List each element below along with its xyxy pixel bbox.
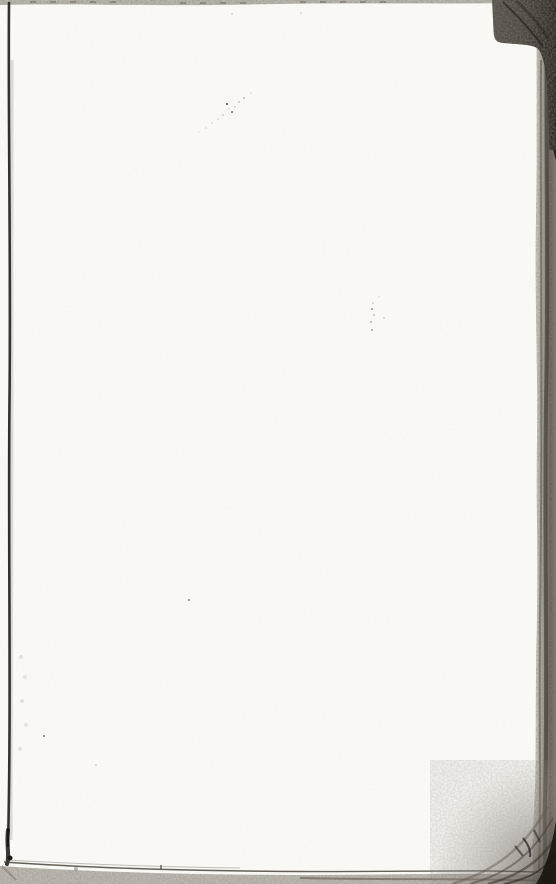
right-band-dark-streak	[545, 10, 547, 884]
scanned-blank-page	[0, 0, 556, 884]
left-edge-rule-line	[8, 3, 12, 846]
left-rule-echo	[11, 60, 12, 840]
paper-grain	[0, 0, 556, 884]
bottom-right-worn-corner	[430, 760, 556, 884]
left-rule-stroke	[8, 3, 10, 846]
scan-artifacts-layer	[0, 0, 556, 884]
paper-specks	[0, 0, 2, 2]
